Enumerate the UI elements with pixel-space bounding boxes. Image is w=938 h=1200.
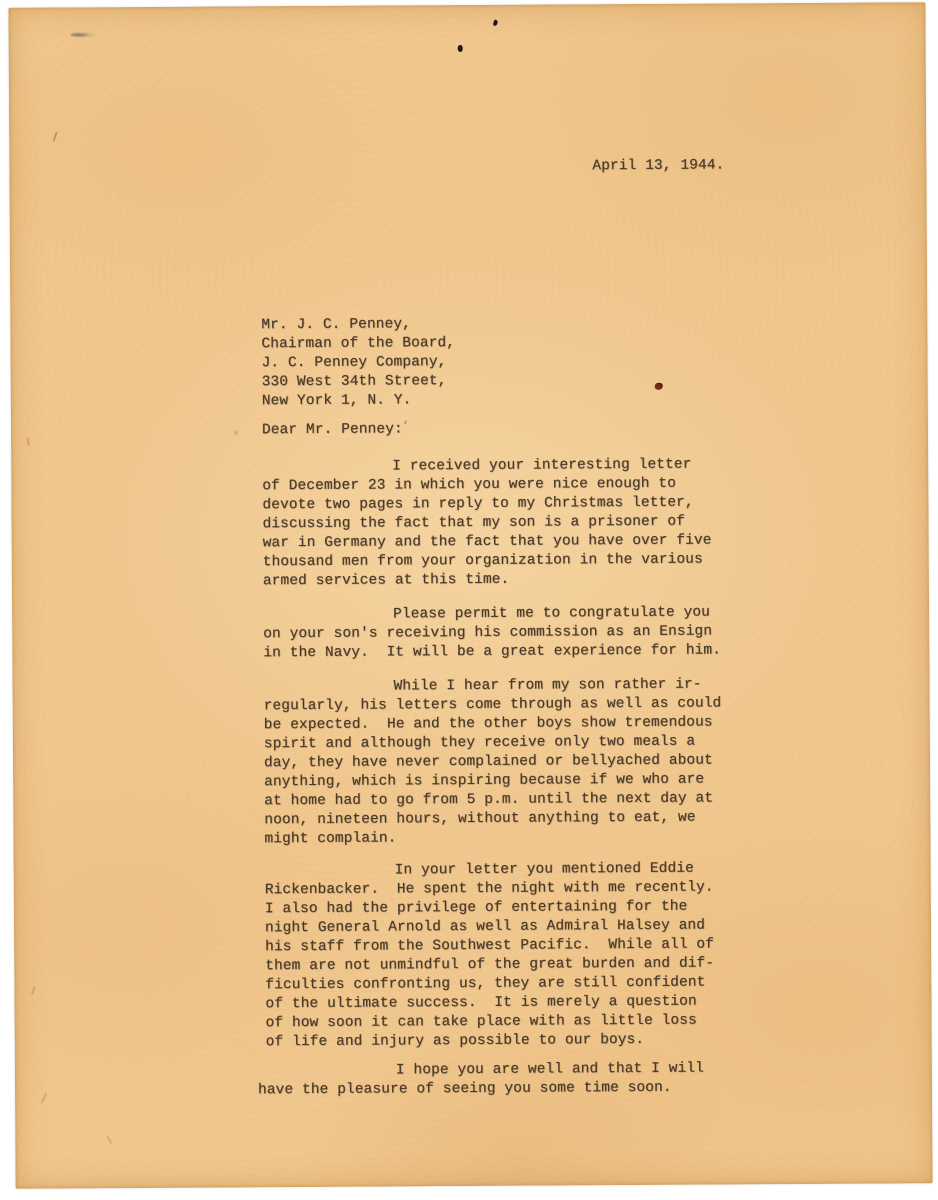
body-paragraph: In your letter you mentioned EddieRicken… (265, 859, 756, 1052)
body-paragraph: I received your interesting letterof Dec… (262, 455, 753, 591)
text-line: New York 1, N. Y. (262, 389, 752, 411)
text-line: in the Navy. It will be a great experien… (263, 641, 753, 663)
body-paragraph: Please permit me to congratulate youon y… (263, 603, 753, 663)
scratch-mark (234, 430, 238, 435)
salutation: Dear Mr. Penney: (262, 421, 403, 438)
text-line: thousand men from your organization in t… (263, 550, 753, 572)
text-line: I received your interesting letter (262, 455, 752, 477)
text-line: of life and injury as possible to our bo… (266, 1030, 756, 1052)
text-line: I hope you are well and that I will (266, 1059, 756, 1081)
text-line: might complain. (264, 827, 754, 849)
recipient-address: Mr. J. C. Penney,Chairman of the Board,J… (261, 313, 752, 411)
scratch-mark (31, 986, 35, 995)
letter-page: April 13, 1944. Mr. J. C. Penney,Chairma… (8, 2, 932, 1189)
stray-tick-mark: ‘ (402, 417, 409, 436)
scratch-mark (41, 1093, 47, 1104)
scratch-mark (53, 132, 58, 142)
text-line: of how soon it can take place with as li… (266, 1011, 756, 1033)
text-line: have the pleasure of seeing you some tim… (258, 1078, 756, 1100)
pencil-smudge (71, 31, 97, 38)
letter-date: April 13, 1944. (260, 156, 750, 178)
scratch-mark (106, 1135, 112, 1144)
text-line: noon, nineteen hours, without anything t… (264, 808, 754, 830)
body-paragraph: I hope you are well and that I willhave … (266, 1059, 756, 1100)
salutation-row: Dear Mr. Penney: ‘ (262, 418, 752, 440)
body-paragraph: While I hear from my son rather ir-regul… (264, 675, 755, 849)
text-line: armed services at this time. (263, 569, 753, 591)
scratch-mark (26, 438, 29, 446)
letter-content: April 13, 1944. Mr. J. C. Penney,Chairma… (259, 3, 756, 1100)
